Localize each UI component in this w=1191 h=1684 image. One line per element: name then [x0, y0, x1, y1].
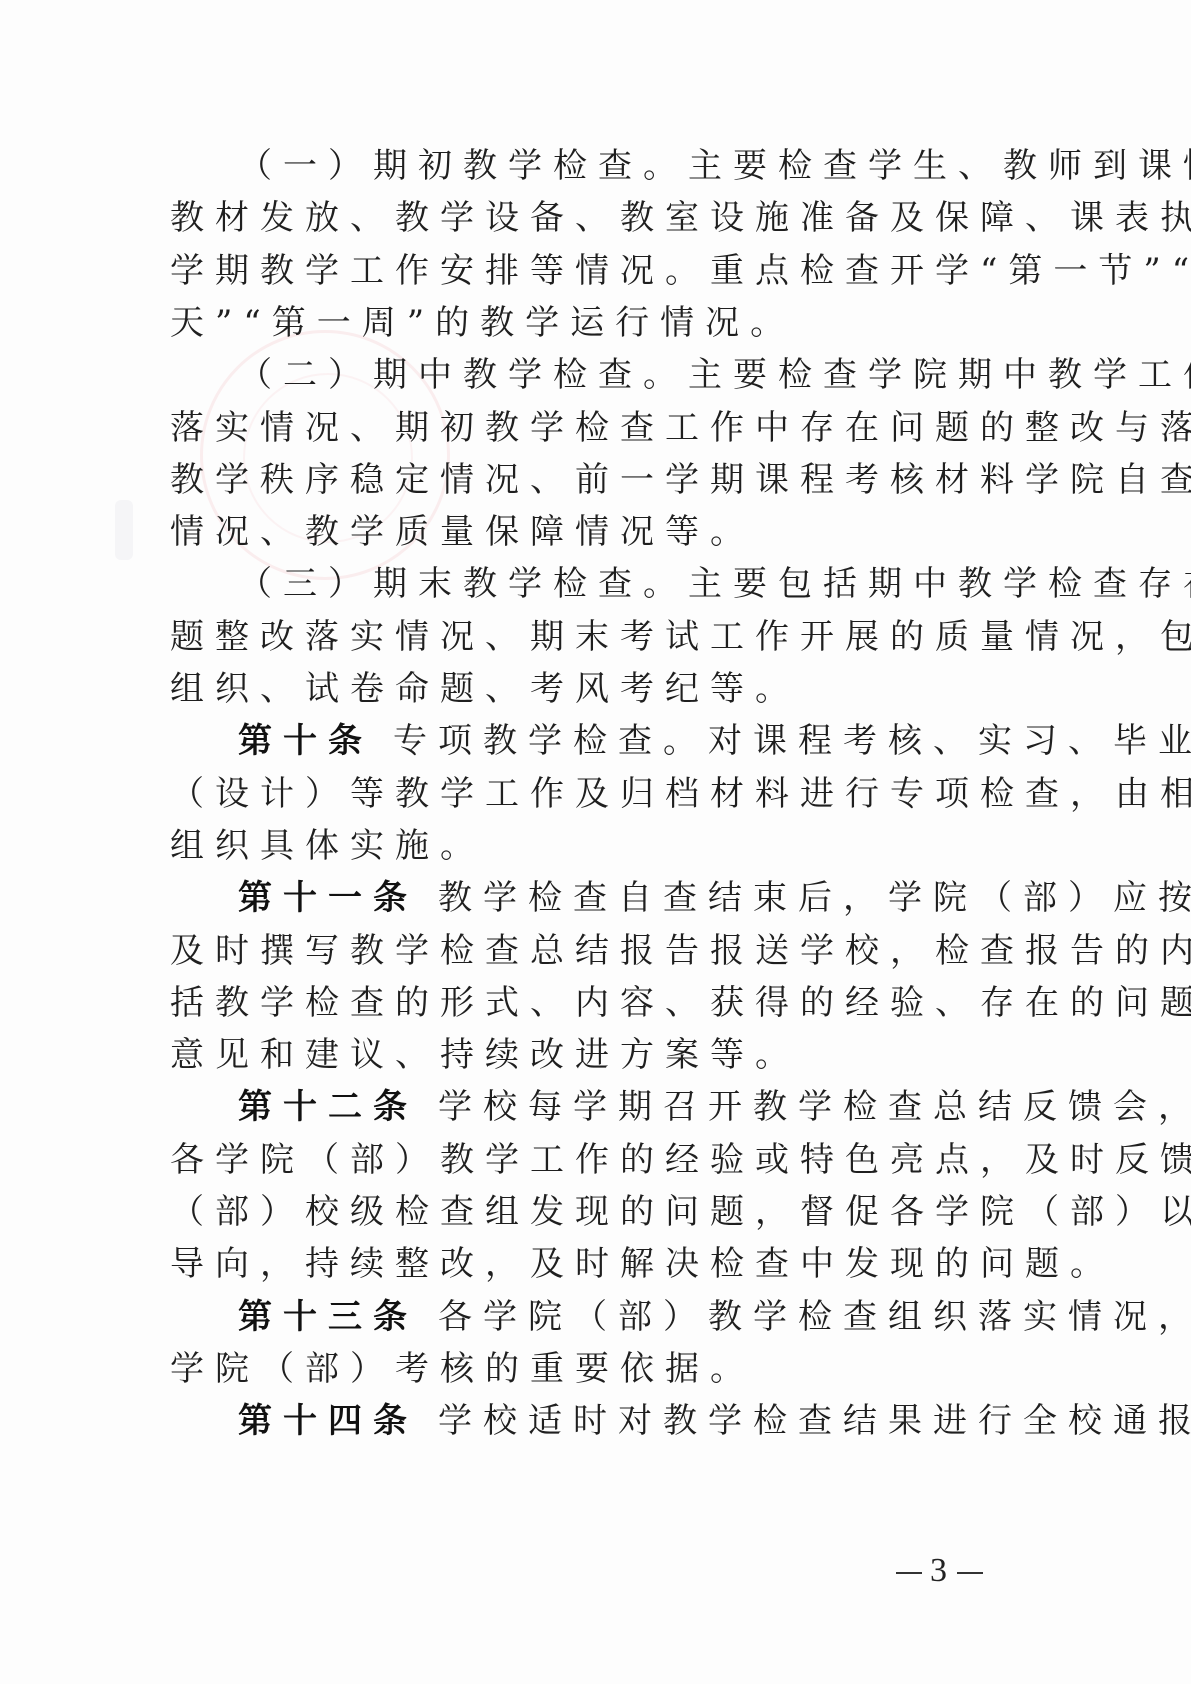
- paragraph-line: 学院（部）考核的重要依据。: [170, 1343, 755, 1395]
- paragraph-line: （部）校级检查组发现的问题，督促各学院（部）以问题为: [170, 1186, 1191, 1238]
- line-text: 天”“第一周”的教学运行情况。: [170, 303, 795, 343]
- paragraph-line: 导向，持续整改，及时解决检查中发现的问题。: [170, 1238, 1115, 1290]
- article-label: 第十三条: [238, 1297, 418, 1337]
- paragraph-line: 括教学检查的形式、内容、获得的经验、存在的问题及整改: [170, 977, 1191, 1029]
- line-text: 及时撰写教学检查总结报告报送学校，检查报告的内容应包: [170, 931, 1191, 971]
- paragraph-line: 及时撰写教学检查总结报告报送学校，检查报告的内容应包: [170, 925, 1191, 977]
- article-label: 第十一条: [238, 878, 418, 918]
- paragraph-line: 组织具体实施。: [170, 820, 485, 872]
- paragraph-line: 意见和建议、持续改进方案等。: [170, 1029, 800, 1081]
- line-text: 学期教学工作安排等情况。重点检查开学“第一节”“第一: [170, 251, 1191, 291]
- article-label: 第十二条: [238, 1087, 418, 1127]
- article-paragraph-line: 第十一条教学检查自查结束后，学院（部）应按要求: [238, 872, 1191, 924]
- page-number: 3: [930, 1552, 949, 1589]
- paragraph-line: 天”“第一周”的教学运行情况。: [170, 297, 795, 349]
- line-text: （一）期初教学检查。主要检查学生、教师到课情况、: [238, 146, 1191, 186]
- paragraph-line: 教学秩序稳定情况、前一学期课程考核材料学院自查与整改: [170, 454, 1191, 506]
- line-text: 教学秩序稳定情况、前一学期课程考核材料学院自查与整改: [170, 460, 1191, 500]
- paragraph-line: 教材发放、教学设备、教室设施准备及保障、课表执行、本: [170, 192, 1191, 244]
- line-text: 落实情况、期初教学检查工作中存在问题的整改与落实情况、: [170, 408, 1191, 448]
- article-paragraph-line: 第十三条各学院（部）教学检查组织落实情况，作为: [238, 1291, 1191, 1343]
- scan-edge-mark: [115, 500, 133, 560]
- line-text: 学校每学期召开教学检查总结反馈会，梳理: [438, 1087, 1191, 1127]
- page-number-footer: 3: [888, 1552, 991, 1590]
- article-paragraph-line: 第十二条学校每学期召开教学检查总结反馈会，梳理: [238, 1081, 1191, 1133]
- article-label: 第十条: [238, 721, 373, 761]
- line-text: （三）期末教学检查。主要包括期中教学检查存在的问: [238, 564, 1191, 604]
- paragraph-line: 落实情况、期初教学检查工作中存在问题的整改与落实情况、: [170, 402, 1191, 454]
- article-paragraph-line: 第十四条学校适时对教学检查结果进行全校通报。: [238, 1395, 1191, 1447]
- dash-left: [896, 1572, 922, 1574]
- line-text: 学校适时对教学检查结果进行全校通报。: [438, 1401, 1191, 1441]
- paragraph-line: （三）期末教学检查。主要包括期中教学检查存在的问: [238, 558, 1191, 610]
- line-text: 各学院（部）教学工作的经验或特色亮点，及时反馈各学院: [170, 1140, 1191, 1180]
- line-text: 组织、试卷命题、考风考纪等。: [170, 669, 800, 709]
- paragraph-line: 题整改落实情况、期末考试工作开展的质量情况，包括考务: [170, 611, 1191, 663]
- paragraph-line: （设计）等教学工作及归档材料进行专项检查，由相关部门: [170, 768, 1191, 820]
- line-text: 括教学检查的形式、内容、获得的经验、存在的问题及整改: [170, 983, 1191, 1023]
- line-text: （部）校级检查组发现的问题，督促各学院（部）以问题为: [170, 1192, 1191, 1232]
- line-text: 各学院（部）教学检查组织落实情况，作为: [438, 1297, 1191, 1337]
- article-label: 第十四条: [238, 1401, 418, 1441]
- dash-right: [957, 1572, 983, 1574]
- line-text: 学院（部）考核的重要依据。: [170, 1349, 755, 1389]
- line-text: （设计）等教学工作及归档材料进行专项检查，由相关部门: [170, 774, 1191, 814]
- document-page: （一）期初教学检查。主要检查学生、教师到课情况、教材发放、教学设备、教室设施准备…: [0, 0, 1191, 1684]
- article-paragraph-line: 第十条专项教学检查。对课程考核、实习、毕业论文: [238, 715, 1191, 767]
- line-text: 教材发放、教学设备、教室设施准备及保障、课表执行、本: [170, 198, 1191, 238]
- paragraph-line: 各学院（部）教学工作的经验或特色亮点，及时反馈各学院: [170, 1134, 1191, 1186]
- line-text: 情况、教学质量保障情况等。: [170, 512, 755, 552]
- paragraph-line: （二）期中教学检查。主要检查学院期中教学工作自查: [238, 349, 1191, 401]
- line-text: 意见和建议、持续改进方案等。: [170, 1035, 800, 1075]
- line-text: 题整改落实情况、期末考试工作开展的质量情况，包括考务: [170, 617, 1191, 657]
- line-text: 组织具体实施。: [170, 826, 485, 866]
- paragraph-line: 组织、试卷命题、考风考纪等。: [170, 663, 800, 715]
- paragraph-line: （一）期初教学检查。主要检查学生、教师到课情况、: [238, 140, 1191, 192]
- line-text: 导向，持续整改，及时解决检查中发现的问题。: [170, 1244, 1115, 1284]
- paragraph-line: 学期教学工作安排等情况。重点检查开学“第一节”“第一: [170, 245, 1191, 297]
- line-text: （二）期中教学检查。主要检查学院期中教学工作自查: [238, 355, 1191, 395]
- line-text: 专项教学检查。对课程考核、实习、毕业论文: [393, 721, 1191, 761]
- line-text: 教学检查自查结束后，学院（部）应按要求: [438, 878, 1191, 918]
- paragraph-line: 情况、教学质量保障情况等。: [170, 506, 755, 558]
